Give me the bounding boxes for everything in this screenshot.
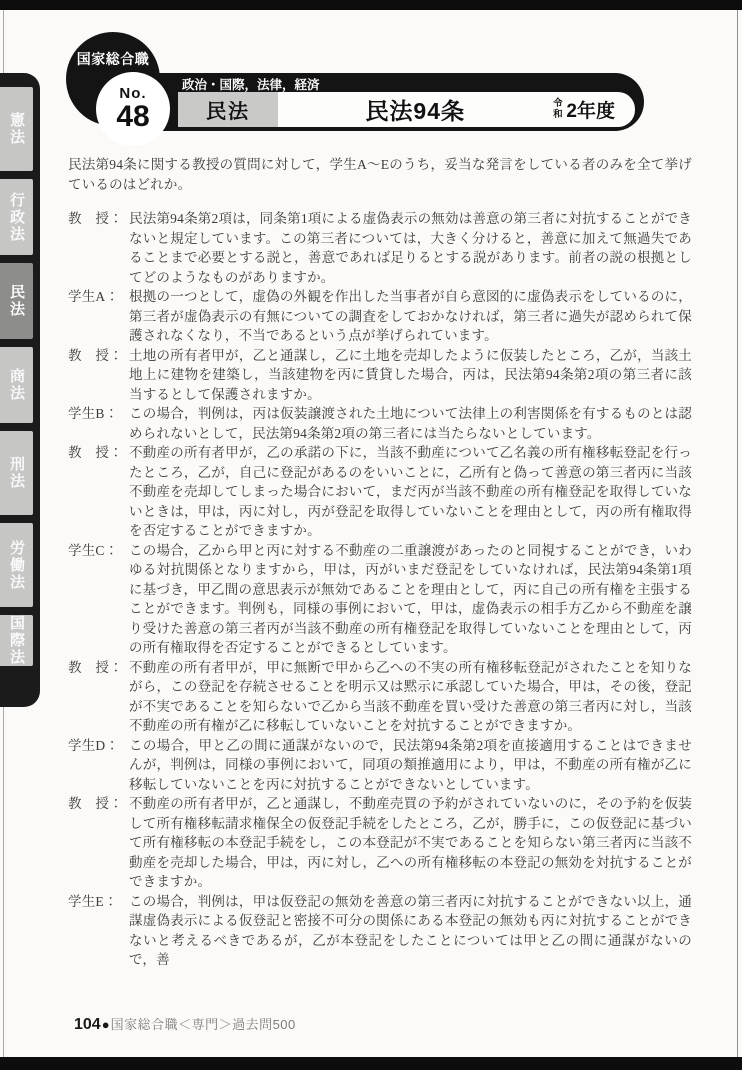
chapter-tab-label: 行政法 xyxy=(6,192,27,243)
page-footer: 104 ● 国家総合職＜専門＞過去問500 xyxy=(74,1014,296,1034)
chapter-tab-sidebar: 憲法 行政法 民法 商法 刑法 労働法 国際法 xyxy=(0,73,40,707)
exam-year: 令和 2年度 xyxy=(552,92,635,127)
era-label: 令和 xyxy=(552,99,563,121)
speech-text: 不動産の所有者甲が，乙と通謀し，不動産売買の予約がされていないのに，その予約を仮… xyxy=(129,794,692,892)
question-title: 民法94条 xyxy=(278,92,552,127)
question-body: 民法第94条に関する教授の質問に対して，学生A～Eのうち，妥当な発言をしている者… xyxy=(68,155,692,970)
speaker-label: 教 授： xyxy=(68,794,129,892)
question-header-bar: 政治・国際，法律，経済 民法 民法94条 令和 2年度 xyxy=(152,73,644,131)
page-bottom-border xyxy=(0,1057,742,1070)
chapter-tab: 労働法 xyxy=(0,523,33,607)
question-title-pill: 民法 民法94条 令和 2年度 xyxy=(178,92,635,127)
speaker-label: 教 授： xyxy=(68,658,129,736)
speech-text: 不動産の所有者甲が，甲に無断で甲から乙への不実の所有権移転登記がされたことを知り… xyxy=(129,658,692,736)
chapter-tab: 民法 xyxy=(0,263,33,339)
exam-categories: 政治・国際，法律，経済 xyxy=(182,75,320,93)
speech-text: この場合，甲と乙の間に通謀がないので，民法第94条第2項を直接適用することはでき… xyxy=(129,736,692,795)
chapter-tab-label: 憲法 xyxy=(6,112,27,146)
chapter-tab: 憲法 xyxy=(0,87,33,171)
speech-text: この場合，乙から甲と丙に対する不動産の二重譲渡があったのと同視することができ，い… xyxy=(129,541,692,658)
speaker-label: 教 授： xyxy=(68,346,129,405)
dialogue-paragraph: 学生E： この場合，判例は，甲は仮登記の無効を善意の第三者丙に対抗することができ… xyxy=(68,892,692,970)
dialogue-paragraph: 学生C： この場合，乙から甲と丙に対する不動産の二重譲渡があったのと同視すること… xyxy=(68,541,692,658)
dialogue-paragraph: 教 授： 不動産の所有者甲が，乙の承諾の下に，当該不動産について乙名義の所有権移… xyxy=(68,443,692,541)
footer-bullet-icon: ● xyxy=(102,1017,110,1032)
speech-text: 根拠の一つとして，虚偽の外観を作出した当事者が自ら意図的に虚偽表示をしているのに… xyxy=(129,287,692,346)
page-number: 104 xyxy=(74,1016,101,1034)
speaker-label: 学生C： xyxy=(68,541,129,658)
era-year-value: 2年度 xyxy=(566,96,615,123)
dialogue-paragraph: 教 授： 不動産の所有者甲が，乙と通謀し，不動産売買の予約がされていないのに，そ… xyxy=(68,794,692,892)
subject-badge: 民法 xyxy=(178,92,278,127)
speaker-label: 教 授： xyxy=(68,209,129,287)
chapter-tab: 行政法 xyxy=(0,179,33,255)
book-page: 憲法 行政法 民法 商法 刑法 労働法 国際法 xyxy=(0,0,742,1070)
chapter-tab-label: 労働法 xyxy=(6,540,27,591)
dialogue-paragraph: 学生D： この場合，甲と乙の間に通謀がないので，民法第94条第2項を直接適用する… xyxy=(68,736,692,795)
speech-text: この場合，判例は，甲は仮登記の無効を善意の第三者丙に対抗することができない以上，… xyxy=(129,892,692,970)
dialogue-paragraph: 学生B： この場合，判例は，丙は仮装譲渡された土地について法律上の利害関係を有す… xyxy=(68,404,692,443)
chapter-tab-label: 国際法 xyxy=(6,615,27,666)
chapter-tab-label: 刑法 xyxy=(6,456,27,490)
chapter-tab: 刑法 xyxy=(0,431,33,515)
chapter-tab-label: 民法 xyxy=(6,284,27,318)
speech-text: 民法第94条第2項は，同条第1項による虚偽表示の無効は善意の第三者に対抗すること… xyxy=(129,209,692,287)
speech-text: この場合，判例は，丙は仮装譲渡された土地について法律上の利害関係を有するものとは… xyxy=(129,404,692,443)
page-top-border xyxy=(0,0,742,10)
speech-text: 不動産の所有者甲が，乙の承諾の下に，当該不動産について乙名義の所有権移転登記を行… xyxy=(129,443,692,541)
speaker-label: 教 授： xyxy=(68,443,129,541)
exam-type-label: 国家総合職 xyxy=(77,49,150,69)
chapter-tab: 国際法 xyxy=(0,615,33,666)
speech-text: 土地の所有者甲が，乙と通謀し，乙に土地を売却したように仮装したところ，乙が，当該… xyxy=(129,346,692,405)
chapter-tab-label: 商法 xyxy=(6,368,27,402)
question-stem: 民法第94条に関する教授の質問に対して，学生A～Eのうち，妥当な発言をしている者… xyxy=(68,155,692,194)
dialogue-paragraph: 教 授： 土地の所有者甲が，乙と通謀し，乙に土地を売却したように仮装したところ，… xyxy=(68,346,692,405)
speaker-label: 学生E： xyxy=(68,892,129,970)
dialogue: 教 授： 民法第94条第2項は，同条第1項による虚偽表示の無効は善意の第三者に対… xyxy=(68,209,692,970)
question-number-value: 48 xyxy=(116,102,149,132)
chapter-tab: 商法 xyxy=(0,347,33,423)
question-number-badge: No. 48 xyxy=(96,72,170,146)
dialogue-paragraph: 学生A： 根拠の一つとして，虚偽の外観を作出した当事者が自ら意図的に虚偽表示をし… xyxy=(68,287,692,346)
speaker-label: 学生A： xyxy=(68,287,129,346)
footer-book-title: 国家総合職＜専門＞過去問500 xyxy=(111,1014,296,1033)
page-right-edge xyxy=(737,10,738,1057)
dialogue-paragraph: 教 授： 民法第94条第2項は，同条第1項による虚偽表示の無効は善意の第三者に対… xyxy=(68,209,692,287)
speaker-label: 学生D： xyxy=(68,736,129,795)
speaker-label: 学生B： xyxy=(68,404,129,443)
dialogue-paragraph: 教 授： 不動産の所有者甲が，甲に無断で甲から乙への不実の所有権移転登記がされた… xyxy=(68,658,692,736)
